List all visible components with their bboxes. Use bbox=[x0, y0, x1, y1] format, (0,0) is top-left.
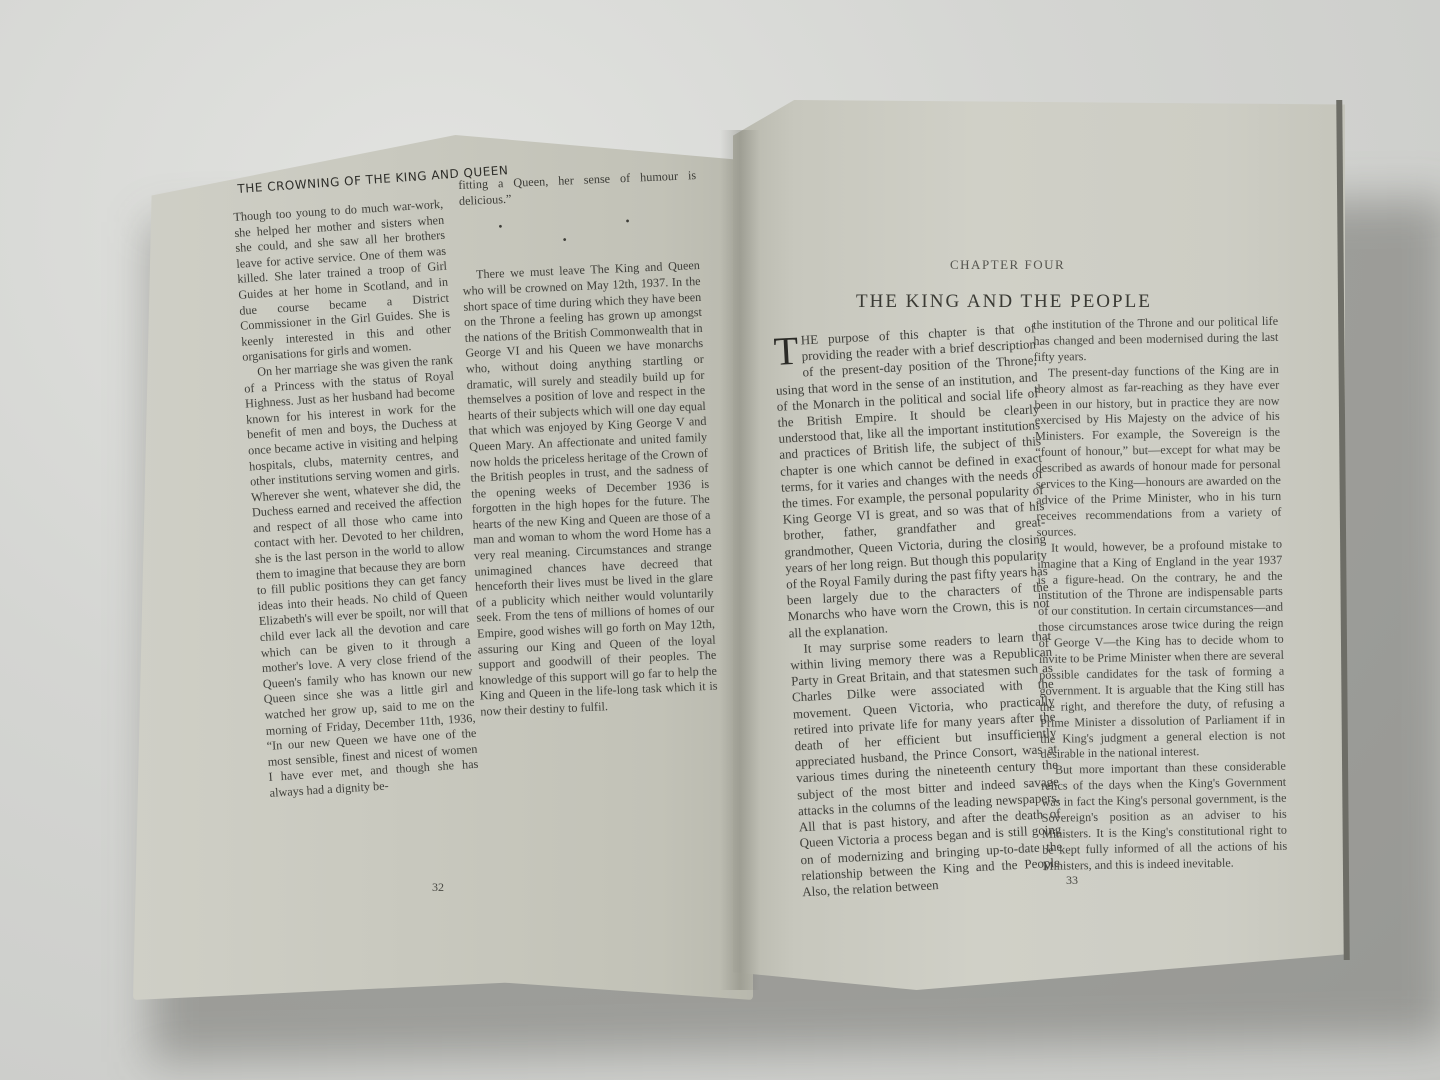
right-page-column-1: THE purpose of this chapter is that of p… bbox=[773, 320, 1064, 900]
paragraph: It would, however, be a profound mistake… bbox=[1037, 536, 1286, 763]
chapter-title: THE KING AND THE PEOPLE bbox=[856, 291, 1152, 313]
left-page-column-2: fitting a Queen, her sense of humour is … bbox=[458, 168, 719, 720]
paragraph: On her marriage she was given the rank o… bbox=[243, 352, 480, 801]
left-page-column-1: Though too young to do much war-work, sh… bbox=[233, 197, 480, 802]
chapter-label: CHAPTER FOUR bbox=[950, 257, 1065, 273]
page-number-right: 33 bbox=[1066, 873, 1078, 888]
paragraph: There we must leave The King and Queen w… bbox=[462, 258, 719, 720]
paragraph: It may surprise some readers to learn th… bbox=[789, 628, 1064, 901]
book-spine bbox=[720, 130, 760, 990]
drop-cap: T bbox=[773, 335, 799, 368]
paragraph: the institution of the Throne and our po… bbox=[1033, 314, 1279, 366]
paragraph: Though too young to do much war-work, sh… bbox=[233, 197, 452, 366]
paragraph-text: HE purpose of this chapter is that of pr… bbox=[776, 320, 1050, 640]
paragraph: But more important than these considerab… bbox=[1041, 759, 1288, 875]
right-page-column-2: the institution of the Throne and our po… bbox=[1033, 314, 1288, 875]
section-break-ornament: • • • bbox=[490, 211, 699, 251]
paragraph: THE purpose of this chapter is that of p… bbox=[773, 320, 1051, 641]
page-number-left: 32 bbox=[432, 880, 444, 895]
paragraph: The present-day functions of the King ar… bbox=[1034, 361, 1282, 540]
